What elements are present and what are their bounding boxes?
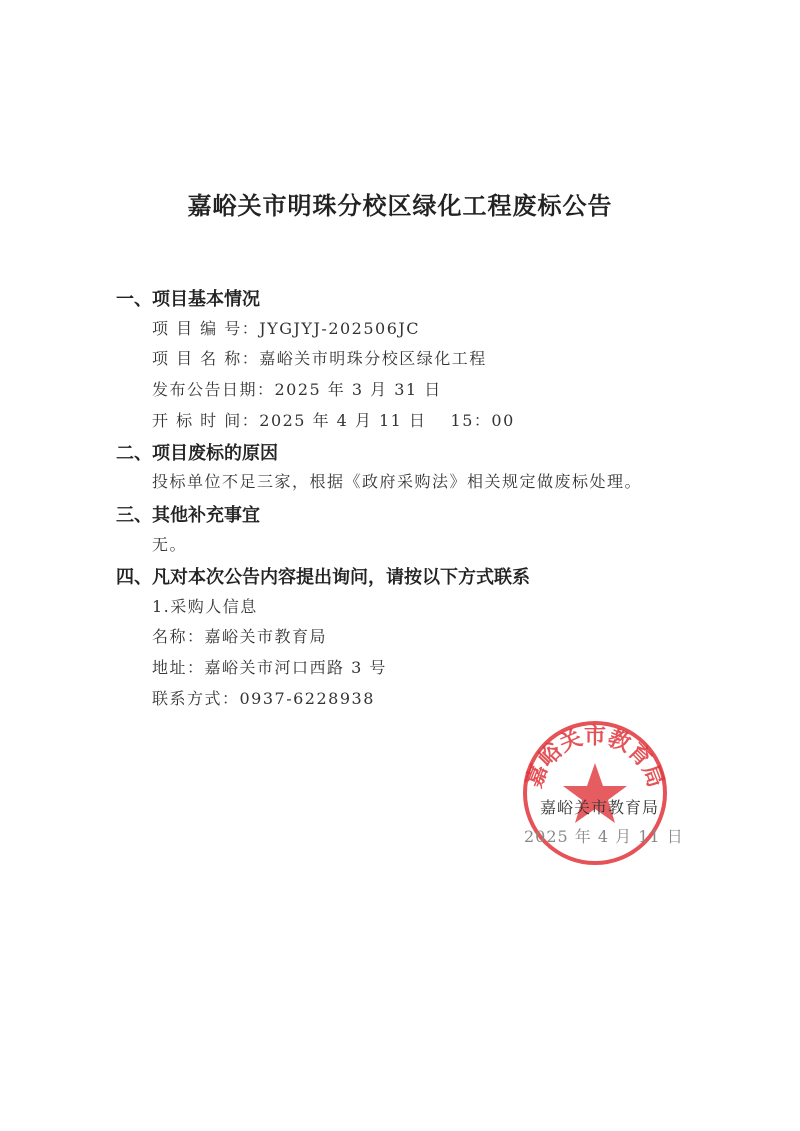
section-heading-1: 一、项目基本情况 [116, 285, 260, 311]
section-heading-3: 三、其他补充事宜 [116, 501, 260, 527]
project-name: 项 目 名 称：嘉峪关市明珠分校区绿化工程 [152, 346, 487, 369]
section-heading-2: 二、项目废标的原因 [116, 439, 278, 465]
purchaser-address: 地址：嘉峪关市河口西路 3 号 [152, 655, 387, 678]
purchaser-name: 名称：嘉峪关市教育局 [152, 624, 327, 647]
section-heading-4: 四、凡对本次公告内容提出询问，请按以下方式联系 [116, 563, 530, 589]
purchaser-contact: 联系方式：0937-6228938 [152, 686, 375, 709]
signature-date: 2025 年 4 月 11 日 [524, 824, 684, 847]
publish-date: 发布公告日期：2025 年 3 月 31 日 [152, 377, 442, 400]
signature-org: 嘉峪关市教育局 [540, 795, 659, 818]
bid-opening-time: 开 标 时 间：2025 年 4 月 11 日 15：00 [152, 408, 515, 431]
abort-reason: 投标单位不足三家，根据《政府采购法》相关规定做废标处理。 [152, 469, 642, 492]
purchaser-info-label: 1.采购人信息 [152, 594, 258, 617]
supplementary-note: 无。 [152, 532, 187, 555]
document-title: 嘉峪关市明珠分校区绿化工程废标公告 [0, 186, 800, 221]
project-number: 项 目 编 号：JYGJYJ-202506JC [152, 316, 420, 339]
